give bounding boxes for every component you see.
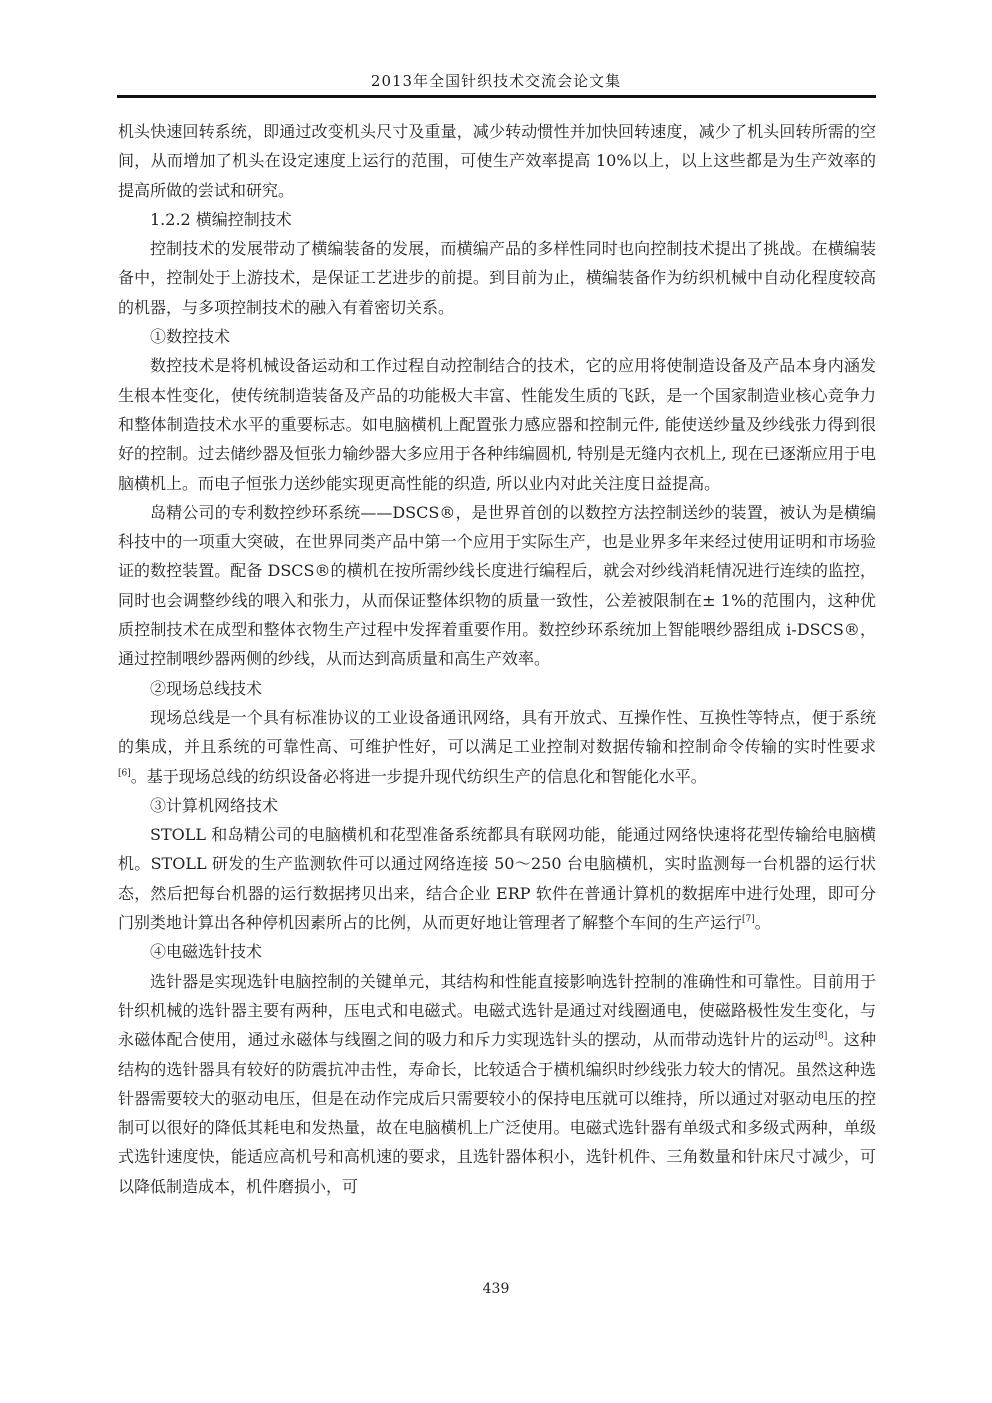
subheading-fieldbus: ②现场总线技术 [118, 674, 876, 703]
text: 选针器是实现选针电脑控制的关键单元，其结构和性能直接影响选针控制的准确性和可靠性… [118, 972, 876, 1050]
header-rule [117, 95, 876, 98]
text: 。 [755, 913, 771, 932]
paragraph-dscs: 岛精公司的专利数控纱环系统——DSCS®，是世界首创的以数控方法控制送纱的装置，… [118, 498, 876, 674]
subheading-electromagnetic: ④电磁选针技术 [118, 937, 876, 966]
subheading-network: ③计算机网络技术 [118, 791, 876, 820]
citation-6: [6] [118, 768, 131, 778]
body-text: 机头快速回转系统，即通过改变机头尺寸及重量，减少转动惯性并加快回转速度，减少了机… [118, 117, 876, 1201]
text: 。基于现场总线的纺织设备必将进一步提升现代纺织生产的信息化和智能化水平。 [131, 767, 707, 786]
subheading-nc-technology: ①数控技术 [118, 322, 876, 351]
text: 现场总线是一个具有标准协议的工业设备通讯网络，具有开放式、互操作性、互换性等特点… [118, 708, 876, 756]
paragraph-control-intro: 控制技术的发展带动了横编装备的发展，而横编产品的多样性同时也向控制技术提出了挑战… [118, 234, 876, 322]
text: 。这种结构的选针器具有较好的防震抗冲击性，寿命长，比较适合于横机编织时纱线张力较… [118, 1030, 876, 1195]
running-header: 2013年全国针织技术交流会论文集 [118, 70, 874, 91]
citation-8: [8] [815, 1032, 828, 1042]
paragraph-continued: 机头快速回转系统，即通过改变机头尺寸及重量，减少转动惯性并加快回转速度，减少了机… [118, 117, 876, 205]
citation-7: [7] [742, 915, 755, 925]
paragraph-fieldbus: 现场总线是一个具有标准协议的工业设备通讯网络，具有开放式、互操作性、互换性等特点… [118, 703, 876, 791]
paragraph-electromagnetic: 选针器是实现选针电脑控制的关键单元，其结构和性能直接影响选针控制的准确性和可靠性… [118, 967, 876, 1201]
paragraph-network: STOLL 和岛精公司的电脑横机和花型准备系统都具有联网功能，能通过网络快速将花… [118, 820, 876, 937]
page-number: 439 [0, 1281, 992, 1297]
paragraph-nc-technology: 数控技术是将机械设备运动和工作过程自动控制结合的技术，它的应用将使制造设备及产品… [118, 351, 876, 497]
section-heading-1-2-2: 1.2.2 横编控制技术 [118, 205, 876, 234]
